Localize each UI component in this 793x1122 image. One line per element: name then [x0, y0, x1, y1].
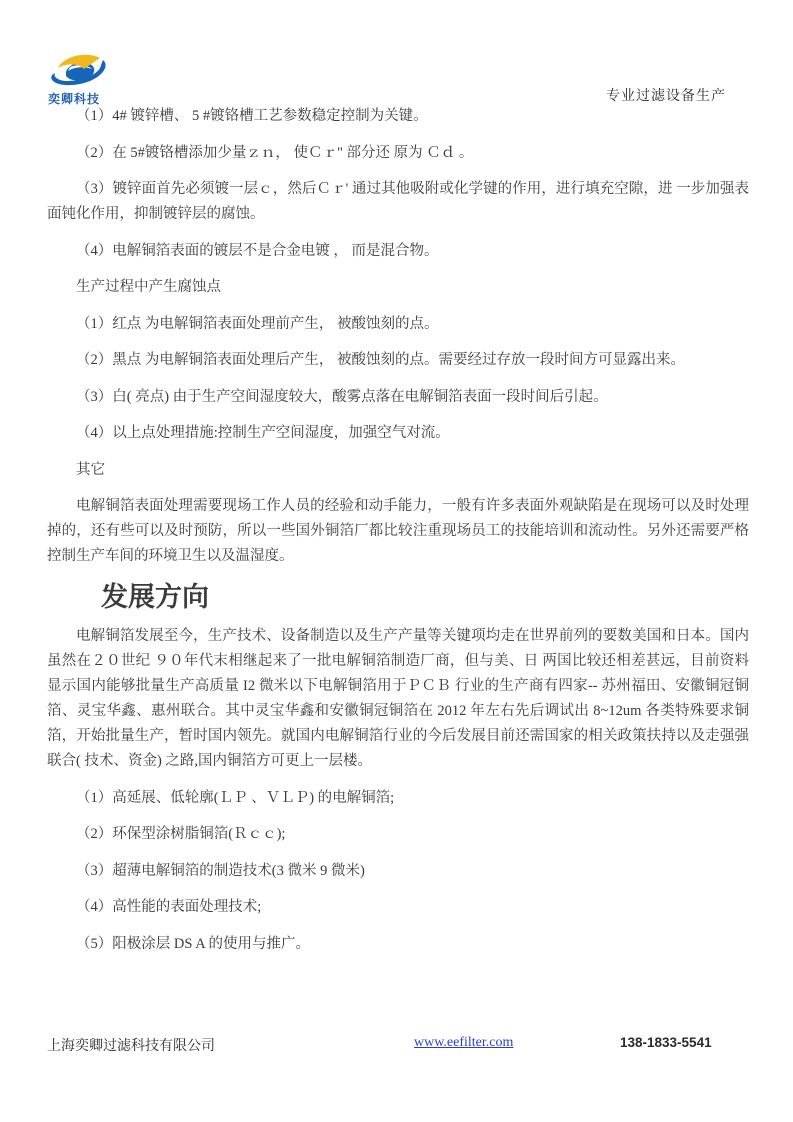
corrosion-section-title: 生产过程中产生腐蚀点: [47, 275, 749, 300]
footer-website-link[interactable]: www.eefilter.com: [414, 1035, 513, 1050]
corrosion-item-2: （2）黑点 为电解铜箔表面处理后产生， 被酸蚀刻的点。需要经过存放一段时间方可显…: [47, 348, 749, 373]
process-item-4: （4）电解铜箔表面的镀层不是合金电镀 ， 而是混合物。: [47, 239, 749, 264]
development-item-2: （2）环保型涂树脂铜箔(Ｒｃｃ);: [47, 822, 749, 847]
corrosion-item-4: （4）以上点处理措施:控制生产空间湿度，加强空气对流。: [47, 421, 749, 446]
development-item-3: （3）超薄电解铜箔的制造技术(3 微米 9 微米): [47, 859, 749, 884]
other-paragraph: 电解铜箔表面处理需要现场工作人员的经验和动手能力，一般有许多表面外观缺陷是在现场…: [47, 494, 749, 569]
header-tagline: 专业过滤设备生产: [606, 85, 726, 105]
footer-website: www.eefilter.com: [414, 1035, 513, 1051]
process-item-3: （3）镀锌面首先必须镀一层ｃ，然后Ｃｒ' 通过其他吸附或化学键的作用，进行填充空…: [47, 177, 749, 227]
document-page: 奕卿科技 专业过滤设备生产 （1）4# 镀锌槽、 5 #镀铬槽工艺参数稳定控制为…: [0, 0, 793, 1122]
development-item-1: （1）高延展、低轮廓(ＬＰ 、ＶＬＰ) 的电解铜箔;: [47, 786, 749, 811]
company-logo: 奕卿科技: [48, 50, 138, 107]
footer-phone: 138-1833-5541: [620, 1035, 712, 1050]
document-body: （1）4# 镀锌槽、 5 #镀铬槽工艺参数稳定控制为关键。 （2）在 5#镀铬槽…: [47, 104, 749, 968]
footer-company: 上海奕卿过滤科技有限公司: [47, 1035, 215, 1055]
process-item-1: （1）4# 镀锌槽、 5 #镀铬槽工艺参数稳定控制为关键。: [47, 104, 749, 129]
development-item-5: （5）阳极涂层 DS A 的使用与推广。: [47, 932, 749, 957]
corrosion-item-3: （3）白( 亮点) 由于生产空间湿度较大，酸雾点落在电解铜箔表面一段时间后引起。: [47, 385, 749, 410]
development-item-4: （4）高性能的表面处理技术;: [47, 895, 749, 920]
globe-orbit-icon: [48, 50, 110, 90]
development-paragraph: 电解铜箔发展至今，生产技术、设备制造以及生产产量等关键项均走在世界前列的要数美国…: [47, 624, 749, 774]
development-heading: 发展方向: [47, 581, 749, 613]
other-section-title: 其它: [47, 458, 749, 483]
process-item-2: （2）在 5#镀铬槽添加少量ｚｎ， 使Ｃｒ" 部分还 原为 Ｃｄ 。: [47, 141, 749, 166]
corrosion-item-1: （1）红点 为电解铜箔表面处理前产生， 被酸蚀刻的点。: [47, 312, 749, 337]
